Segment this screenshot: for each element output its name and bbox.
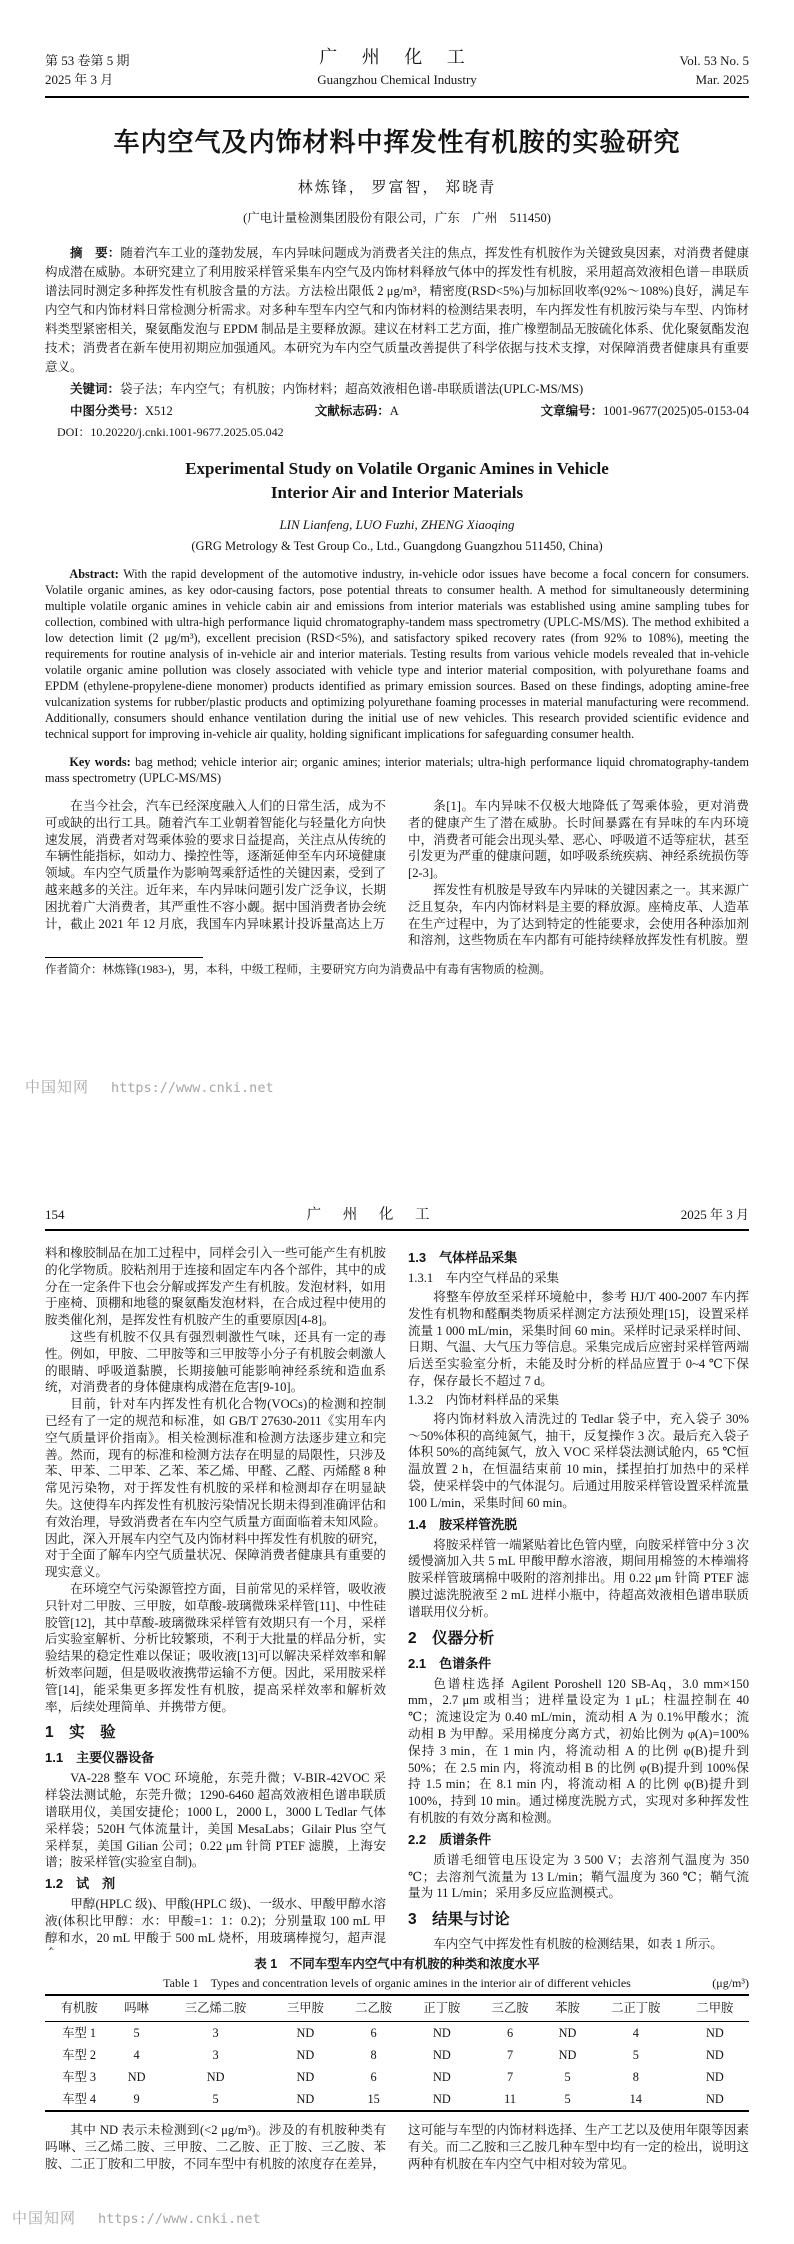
- document-code: 文献标志码：A: [315, 402, 399, 421]
- authors-en: LIN Lianfeng, LUO Fuzhi, ZHENG Xiaoqing: [45, 517, 749, 533]
- table-cell: 三乙胺: [476, 1995, 544, 2022]
- journal-header: 第 53 卷第 5 期 2025 年 3 月 广 州 化 工 Guangzhou…: [45, 46, 749, 98]
- table-cell: 7: [476, 2066, 544, 2088]
- classification-row: 中图分类号：X512 文献标志码：A 文章编号：1001-9677(2025)0…: [45, 402, 749, 421]
- paragraph: 料和橡胶制品在加工过程中，同样会引入一些可能产生有机胺的化学物质。胶粘剂用于连接…: [45, 1245, 386, 1329]
- volume-number: Vol. 53 No. 5: [599, 51, 749, 70]
- authors-cn: 林炼锋， 罗富智， 郑晓青: [45, 176, 749, 197]
- left-column: 在当今社会，汽车已经深度融入人们的日常生活，成为不可或缺的出行工具。随着汽车工业…: [45, 798, 386, 949]
- table-row: 车型 3NDNDND6ND758ND: [45, 2066, 749, 2088]
- table-header-row: 有机胺吗啉三乙烯二胺三甲胺二乙胺正丁胺三乙胺苯胺二正丁胺二甲胺: [45, 1995, 749, 2022]
- table1-caption-en: Table 1 Types and concentration levels o…: [45, 1974, 749, 1992]
- table-cell: 8: [591, 2066, 681, 2088]
- journal-name-en: Guangzhou Chemical Industry: [195, 70, 599, 89]
- subsection-heading-ms-conditions: 2.2 质谱条件: [408, 1831, 749, 1849]
- volume-info: Vol. 53 No. 5 Mar. 2025: [599, 51, 749, 89]
- paragraph: 在环境空气污染源管控方面，目前常见的采样管，吸收液只针对二甲胺、三甲胺，如草酸-…: [45, 1581, 386, 1715]
- article-id: 文章编号：1001-9677(2025)05-0153-04: [541, 402, 749, 421]
- keywords-label-en: Key words:: [69, 755, 130, 769]
- table-cell: 5: [544, 2066, 591, 2088]
- table1-unit: (μg/m³): [712, 1974, 749, 1992]
- footnote-rule: [45, 957, 203, 958]
- subsection-heading-elution: 1.4 胺采样管洗脱: [408, 1516, 749, 1534]
- table-cell: ND: [408, 2044, 476, 2066]
- right-column: 1.3 气体样品采集 1.3.1 车内空气样品的采集 将整车停放至采样环境舱中，…: [408, 1245, 749, 1950]
- journal-page-1: 第 53 卷第 5 期 2025 年 3 月 广 州 化 工 Guangzhou…: [0, 0, 794, 1190]
- keywords-text-en: bag method; vehicle interior air; organi…: [45, 755, 749, 785]
- table-cell: ND: [681, 2044, 749, 2066]
- subsubsection-heading-cabin-air: 1.3.1 车内空气样品的采集: [408, 1270, 749, 1287]
- table-cell: 车型 2: [45, 2044, 113, 2066]
- table-cell: 二正丁胺: [591, 1995, 681, 2022]
- table-cell: 车型 3: [45, 2066, 113, 2088]
- keywords-cn: 关键词：袋子法；车内空气；有机胺；内饰材料；超高效液相色谱-串联质谱法(UPLC…: [45, 380, 749, 399]
- table-cell: 车型 4: [45, 2088, 113, 2111]
- table-cell: 6: [340, 2022, 408, 2045]
- table-cell: 8: [340, 2044, 408, 2066]
- abstract-text-en: With the rapid development of the automo…: [45, 567, 749, 741]
- running-date: 2025 年 3 月: [681, 1206, 749, 1224]
- cnki-watermark: 中国知网https://www.cnki.net: [12, 2207, 261, 2228]
- clc-number: 中图分类号：X512: [70, 402, 173, 421]
- keywords-label-cn: 关键词：: [70, 382, 120, 396]
- left-column: 料和橡胶制品在加工过程中，同样会引入一些可能产生有机胺的化学物质。胶粘剂用于连接…: [45, 1245, 386, 1950]
- table-cell: 苯胺: [544, 1995, 591, 2022]
- paragraph: VA-228 整车 VOC 环境舱，东莞升微；V-BIR-42VOC 采样袋法测…: [45, 1770, 386, 1871]
- table-cell: ND: [681, 2088, 749, 2111]
- paragraph: 其中 ND 表示未检测到(<2 μg/m³)。涉及的有机胺种类有吗啉、三乙烯二胺…: [45, 2122, 386, 2172]
- abstract-en: Abstract: With the rapid development of …: [45, 566, 749, 742]
- paragraph: 在当今社会，汽车已经深度融入人们的日常生活，成为不可或缺的出行工具。随着汽车工业…: [45, 798, 386, 932]
- table-cell: 9: [113, 2088, 160, 2111]
- cnki-watermark-url: https://www.cnki.net: [98, 2211, 261, 2227]
- paragraph: 将整车停放至采样环境舱中，参考 HJ/T 400-2007 车内挥发性有机物和醛…: [408, 1289, 749, 1390]
- right-column: 条[1]。车内异味不仅极大地降低了驾乘体验，更对消费者的健康产生了潜在威胁。长时…: [408, 798, 749, 949]
- table-cell: 三甲胺: [271, 1995, 339, 2022]
- table-cell: ND: [271, 2066, 339, 2088]
- subsubsection-heading-interior-materials: 1.3.2 内饰材料样品的采集: [408, 1392, 749, 1409]
- table-cell: 4: [113, 2044, 160, 2066]
- article-title-cn: 车内空气及内饰材料中挥发性有机胺的实验研究: [45, 122, 749, 159]
- running-journal-name: 广 州 化 工: [307, 1206, 439, 1224]
- table1-caption-cn: 表 1 不同车型车内空气中有机胺的种类和浓度水平: [45, 1955, 749, 1974]
- issue-date: 2025 年 3 月: [45, 70, 195, 89]
- table-cell: 11: [476, 2088, 544, 2111]
- journal-page-2: 154 广 州 化 工 2025 年 3 月 料和橡胶制品在加工过程中，同样会引…: [0, 1190, 794, 2244]
- paragraph: 这可能与车型的内饰材料选择、生产工艺以及使用年限等因素有关。而二乙胺和三乙胺几种…: [408, 2122, 749, 2172]
- paragraph: 甲醇(HPLC 级)、甲酸(HPLC 级)、一级水、甲酸甲醇水溶液(体积比甲醇：…: [45, 1896, 386, 1950]
- author-bio-footnote: 作者简介：林炼锋(1983-)，男，本科，中级工程师，主要研究方向为消费品中有毒…: [45, 962, 749, 979]
- table-cell: 吗啉: [113, 1995, 160, 2022]
- table-cell: ND: [681, 2022, 749, 2045]
- keywords-en: Key words: bag method; vehicle interior …: [45, 754, 749, 786]
- abstract-cn: 摘 要：随着汽车工业的蓬勃发展，车内异味问题成为消费者关注的焦点，挥发性有机胺作…: [45, 244, 749, 377]
- cnki-watermark-name: 中国知网: [25, 1080, 89, 1096]
- subsection-heading-gas-sampling: 1.3 气体样品采集: [408, 1249, 749, 1267]
- table-cell: 6: [340, 2066, 408, 2088]
- table-cell: ND: [408, 2066, 476, 2088]
- body-columns-page2: 料和橡胶制品在加工过程中，同样会引入一些可能产生有机胺的化学物质。胶粘剂用于连接…: [45, 1245, 749, 1950]
- paragraph: 将胺采样管一端紧贴着比色管内壁，向胺采样管中分 3 次缓慢滴加入共 5 mL 甲…: [408, 1537, 749, 1621]
- table-cell: 车型 1: [45, 2022, 113, 2045]
- doi: DOI：10.20220/j.cnki.1001-9677.2025.05.04…: [45, 423, 749, 441]
- table-cell: ND: [271, 2044, 339, 2066]
- table-cell: 14: [591, 2088, 681, 2111]
- table-cell: ND: [271, 2088, 339, 2111]
- abstract-text-cn: 随着汽车工业的蓬勃发展，车内异味问题成为消费者关注的焦点，挥发性有机胺作为关键致…: [45, 246, 749, 374]
- paragraph: 条[1]。车内异味不仅极大地降低了驾乘体验，更对消费者的健康产生了潜在威胁。长时…: [408, 798, 749, 882]
- journal-name-cn: 广 州 化 工: [195, 46, 599, 68]
- abstract-label-en: Abstract:: [69, 567, 118, 581]
- cnki-watermark-name: 中国知网: [12, 2211, 76, 2227]
- table-cell: 二乙胺: [340, 1995, 408, 2022]
- table-cell: ND: [113, 2066, 160, 2088]
- subsection-heading-instruments: 1.1 主要仪器设备: [45, 1749, 386, 1767]
- journal-name-block: 广 州 化 工 Guangzhou Chemical Industry: [195, 46, 599, 89]
- affiliation-en: (GRG Metrology & Test Group Co., Ltd., G…: [45, 539, 749, 554]
- paragraph: 将内饰材料放入清洗过的 Tedlar 袋子中，充入袋子 30%～50%体积的高纯…: [408, 1411, 749, 1512]
- cnki-watermark: 中国知网https://www.cnki.net: [25, 1076, 274, 1097]
- section-heading-experiment: 1 实 验: [45, 1723, 386, 1743]
- table-row: 车型 495ND15ND11514ND: [45, 2088, 749, 2111]
- table-cell: ND: [408, 2022, 476, 2045]
- paragraph: 这些有机胺不仅具有强烈刺激性气味，还具有一定的毒性。例如，甲胺、二甲胺等和三甲胺…: [45, 1329, 386, 1396]
- table-cell: 3: [160, 2022, 271, 2045]
- table-cell: ND: [160, 2066, 271, 2088]
- table-row: 车型 243ND8ND7ND5ND: [45, 2044, 749, 2066]
- paragraph: 色谱柱选择 Agilent Poroshell 120 SB-Aq，3.0 mm…: [408, 1676, 749, 1827]
- paragraph: 质谱毛细管电压设定为 3 500 V；去溶剂气温度为 350 ℃；去溶剂气流量为…: [408, 1852, 749, 1902]
- section-heading-results: 3 结果与讨论: [408, 1910, 749, 1930]
- table-cell: ND: [271, 2022, 339, 2045]
- table-cell: 5: [160, 2088, 271, 2111]
- issue-volume: 第 53 卷第 5 期: [45, 51, 195, 70]
- table-cell: ND: [408, 2088, 476, 2111]
- table-cell: 6: [476, 2022, 544, 2045]
- table-cell: 3: [160, 2044, 271, 2066]
- table-cell: 5: [113, 2022, 160, 2045]
- table-cell: ND: [681, 2066, 749, 2088]
- paragraph: 车内空气中挥发性有机胺的检测结果，如表 1 所示。: [408, 1936, 749, 1950]
- affiliation-cn: (广电计量检测集团股份有限公司，广东 广州 511450): [45, 208, 749, 226]
- volume-date: Mar. 2025: [599, 70, 749, 89]
- table-body: 车型 153ND6ND6ND4ND车型 243ND8ND7ND5ND车型 3ND…: [45, 2022, 749, 2112]
- table-cell: 三乙烯二胺: [160, 1995, 271, 2022]
- table-cell: ND: [544, 2044, 591, 2066]
- subsection-heading-reagents: 1.2 试 剂: [45, 1875, 386, 1893]
- table-cell: 5: [544, 2088, 591, 2111]
- table-cell: 7: [476, 2044, 544, 2066]
- article-title-en: Experimental Study on Volatile Organic A…: [45, 457, 749, 505]
- table-cell: 正丁胺: [408, 1995, 476, 2022]
- keywords-text-cn: 袋子法；车内空气；有机胺；内饰材料；超高效液相色谱-串联质谱法(UPLC-MS/…: [120, 382, 583, 396]
- table-cell: 二甲胺: [681, 1995, 749, 2022]
- left-column: 其中 ND 表示未检测到(<2 μg/m³)。涉及的有机胺种类有吗啉、三乙烯二胺…: [45, 2122, 386, 2172]
- paragraph: 目前，针对车内挥发性有机化合物(VOCs)的检测和控制已经有了一定的规范和标准，…: [45, 1396, 386, 1581]
- table-cell: 有机胺: [45, 1995, 113, 2022]
- cnki-watermark-url: https://www.cnki.net: [111, 1080, 274, 1096]
- table-cell: 5: [591, 2044, 681, 2066]
- section-heading-instrument-analysis: 2 仪器分析: [408, 1629, 749, 1649]
- table-row: 车型 153ND6ND6ND4ND: [45, 2022, 749, 2045]
- subsection-heading-chromatography: 2.1 色谱条件: [408, 1655, 749, 1673]
- page-number: 154: [45, 1206, 65, 1224]
- right-column: 这可能与车型的内饰材料选择、生产工艺以及使用年限等因素有关。而二乙胺和三乙胺几种…: [408, 2122, 749, 2172]
- table1: 有机胺吗啉三乙烯二胺三甲胺二乙胺正丁胺三乙胺苯胺二正丁胺二甲胺 车型 153ND…: [45, 1994, 749, 2112]
- body-columns-page1: 在当今社会，汽车已经深度融入人们的日常生活，成为不可或缺的出行工具。随着汽车工业…: [45, 798, 749, 949]
- paragraph: 挥发性有机胺是导致车内异味的关键因素之一。其来源广泛且复杂，车内内饰材料是主要的…: [408, 882, 749, 949]
- running-header: 154 广 州 化 工 2025 年 3 月: [45, 1206, 749, 1231]
- table-cell: ND: [544, 2022, 591, 2045]
- abstract-label-cn: 摘 要：: [70, 246, 120, 260]
- issue-info: 第 53 卷第 5 期 2025 年 3 月: [45, 51, 195, 89]
- post-table-columns: 其中 ND 表示未检测到(<2 μg/m³)。涉及的有机胺种类有吗啉、三乙烯二胺…: [45, 2122, 749, 2172]
- table-cell: 15: [340, 2088, 408, 2111]
- table-cell: 4: [591, 2022, 681, 2045]
